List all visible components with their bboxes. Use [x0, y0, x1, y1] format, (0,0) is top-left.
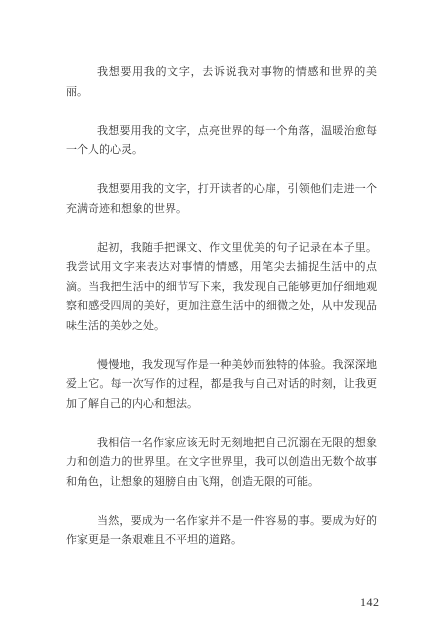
page-number: 142 — [360, 595, 380, 609]
paragraph: 我想要用我的文字，点亮世界的每一个角落，温暖治愈每一个人的心灵。 — [66, 122, 377, 161]
paragraph: 我相信一名作家应该无时无刻地把自己沉溺在无限的想象力和创造力的世界里。在文字世界… — [66, 434, 377, 493]
paragraph: 当然，要成为一名作家并不是一件容易的事。要成为好的作家更是一条艰难且不平坦的道路… — [66, 512, 377, 551]
paragraph: 我想要用我的文字，打开读者的心扉，引领他们走进一个充满奇迹和想象的世界。 — [66, 180, 377, 219]
paragraph: 慢慢地，我发现写作是一种美妙而独特的体验。我深深地爱上它。每一次写作的过程，都是… — [66, 356, 377, 415]
document-page: 我想要用我的文字，去诉说我对事物的情感和世界的美丽。 我想要用我的文字，点亮世界… — [0, 0, 448, 640]
paragraph: 我想要用我的文字，去诉说我对事物的情感和世界的美丽。 — [66, 63, 377, 102]
paragraph: 起初，我随手把课文、作文里优美的句子记录在本子里。我尝试用文字来表达对事情的情感… — [66, 239, 377, 337]
text-content: 我想要用我的文字，去诉说我对事物的情感和世界的美丽。 我想要用我的文字，点亮世界… — [66, 63, 377, 551]
